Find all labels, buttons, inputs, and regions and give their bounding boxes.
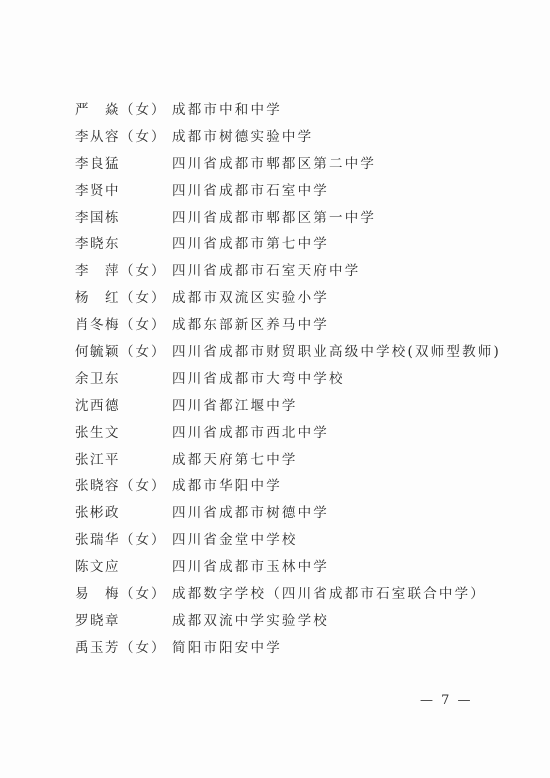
entry-name: 李国栋 bbox=[75, 205, 172, 232]
entry-school: 四川省成都市玉林中学 bbox=[172, 554, 329, 581]
roster-entry: 张晓容（女）成都市华阳中学 bbox=[75, 473, 535, 500]
name-text: 李晓东 bbox=[75, 236, 120, 252]
name-text: 李从容 bbox=[75, 129, 120, 145]
roster-entry: 张生文四川省成都市西北中学 bbox=[75, 420, 535, 447]
entry-school: 成都市中和中学 bbox=[172, 97, 282, 124]
gender-note: （女） bbox=[120, 640, 167, 656]
entry-school: 四川省成都市石室中学 bbox=[172, 178, 329, 205]
name-text: 何毓颖 bbox=[75, 344, 120, 360]
gender-note: （女） bbox=[120, 344, 167, 360]
roster-entry: 沈西德四川省都江堰中学 bbox=[75, 393, 535, 420]
roster-entry: 张江平成都天府第七中学 bbox=[75, 447, 535, 474]
entry-school: 成都东部新区养马中学 bbox=[172, 312, 329, 339]
name-text: 严 焱 bbox=[75, 102, 120, 118]
roster-entry: 张彬政四川省成都市树德中学 bbox=[75, 500, 535, 527]
roster-entry: 李国栋四川省成都市郫都区第一中学 bbox=[75, 205, 535, 232]
entry-name: 余卫东 bbox=[75, 366, 172, 393]
roster-entry: 肖冬梅（女）成都东部新区养马中学 bbox=[75, 312, 535, 339]
entry-name: 沈西德 bbox=[75, 393, 172, 420]
roster-entry: 易 梅（女）成都数字学校（四川省成都市石室联合中学） bbox=[75, 581, 535, 608]
name-text: 余卫东 bbox=[75, 371, 120, 387]
roster-entry: 余卫东四川省成都市大弯中学校 bbox=[75, 366, 535, 393]
entry-name: 陈文应 bbox=[75, 554, 172, 581]
entry-name: 张瑞华（女） bbox=[75, 527, 172, 554]
entry-name: 张晓容（女） bbox=[75, 473, 172, 500]
roster-entry: 张瑞华（女）四川省金堂中学校 bbox=[75, 527, 535, 554]
entry-school: 四川省金堂中学校 bbox=[172, 527, 298, 554]
entry-school: 成都市华阳中学 bbox=[172, 473, 282, 500]
roster-entry: 禹玉芳（女）简阳市阳安中学 bbox=[75, 635, 535, 662]
entry-name: 杨 红（女） bbox=[75, 285, 172, 312]
entry-name: 张江平 bbox=[75, 447, 172, 474]
roster-entry: 陈文应四川省成都市玉林中学 bbox=[75, 554, 535, 581]
gender-note: （女） bbox=[120, 586, 167, 602]
entry-school: 四川省成都市财贸职业高级中学校(双师型教师) bbox=[172, 339, 501, 366]
roster-entry: 李贤中四川省成都市石室中学 bbox=[75, 178, 535, 205]
entry-name: 张彬政 bbox=[75, 500, 172, 527]
gender-note: （女） bbox=[120, 290, 167, 306]
entry-school: 四川省成都市石室天府中学 bbox=[172, 258, 360, 285]
name-text: 李国栋 bbox=[75, 210, 120, 226]
entry-name: 李良猛 bbox=[75, 151, 172, 178]
entry-school: 四川省成都市西北中学 bbox=[172, 420, 329, 447]
name-text: 张江平 bbox=[75, 452, 120, 468]
name-text: 张彬政 bbox=[75, 505, 120, 521]
name-text: 李 萍 bbox=[75, 263, 120, 279]
roster-entry: 罗晓章成都双流中学实验学校 bbox=[75, 608, 535, 635]
entry-school: 简阳市阳安中学 bbox=[172, 635, 282, 662]
entry-school: 四川省成都市大弯中学校 bbox=[172, 366, 345, 393]
roster-entry: 李 萍（女）四川省成都市石室天府中学 bbox=[75, 258, 535, 285]
entry-school: 成都天府第七中学 bbox=[172, 447, 298, 474]
name-text: 李贤中 bbox=[75, 183, 120, 199]
entry-school: 四川省成都市树德中学 bbox=[172, 500, 329, 527]
entry-name: 禹玉芳（女） bbox=[75, 635, 172, 662]
entry-name: 李贤中 bbox=[75, 178, 172, 205]
roster-entry: 李从容（女）成都市树德实验中学 bbox=[75, 124, 535, 151]
entry-name: 严 焱（女） bbox=[75, 97, 172, 124]
page-number: — 7 — bbox=[420, 693, 473, 708]
entry-school: 成都市双流区实验小学 bbox=[172, 285, 329, 312]
entry-name: 罗晓章 bbox=[75, 608, 172, 635]
name-text: 沈西德 bbox=[75, 398, 120, 414]
gender-note: （女） bbox=[120, 102, 167, 118]
name-text: 杨 红 bbox=[75, 290, 120, 306]
entry-name: 李 萍（女） bbox=[75, 258, 172, 285]
entry-name: 易 梅（女） bbox=[75, 581, 172, 608]
entry-school: 四川省成都市第七中学 bbox=[172, 231, 329, 258]
name-text: 易 梅 bbox=[75, 586, 120, 602]
entry-name: 李晓东 bbox=[75, 231, 172, 258]
teacher-roster: 严 焱（女）成都市中和中学 李从容（女）成都市树德实验中学 李良猛四川省成都市郫… bbox=[75, 97, 535, 662]
entry-name: 肖冬梅（女） bbox=[75, 312, 172, 339]
entry-name: 李从容（女） bbox=[75, 124, 172, 151]
gender-note: （女） bbox=[120, 478, 167, 494]
gender-note: （女） bbox=[120, 532, 167, 548]
roster-entry: 严 焱（女）成都市中和中学 bbox=[75, 97, 535, 124]
name-text: 禹玉芳 bbox=[75, 640, 120, 656]
name-text: 陈文应 bbox=[75, 559, 120, 575]
gender-note: （女） bbox=[120, 317, 167, 333]
name-text: 张生文 bbox=[75, 425, 120, 441]
entry-school: 成都市树德实验中学 bbox=[172, 124, 313, 151]
name-text: 李良猛 bbox=[75, 156, 120, 172]
name-text: 肖冬梅 bbox=[75, 317, 120, 333]
entry-school: 成都双流中学实验学校 bbox=[172, 608, 329, 635]
entry-name: 张生文 bbox=[75, 420, 172, 447]
entry-name: 何毓颖（女） bbox=[75, 339, 172, 366]
entry-school: 四川省都江堰中学 bbox=[172, 393, 298, 420]
roster-entry: 杨 红（女）成都市双流区实验小学 bbox=[75, 285, 535, 312]
roster-entry: 何毓颖（女）四川省成都市财贸职业高级中学校(双师型教师) bbox=[75, 339, 535, 366]
roster-entry: 李晓东四川省成都市第七中学 bbox=[75, 231, 535, 258]
document-page: 严 焱（女）成都市中和中学 李从容（女）成都市树德实验中学 李良猛四川省成都市郫… bbox=[0, 0, 550, 778]
name-text: 张晓容 bbox=[75, 478, 120, 494]
name-text: 罗晓章 bbox=[75, 613, 120, 629]
roster-entry: 李良猛四川省成都市郫都区第二中学 bbox=[75, 151, 535, 178]
entry-school: 四川省成都市郫都区第一中学 bbox=[172, 205, 376, 232]
name-text: 张瑞华 bbox=[75, 532, 120, 548]
gender-note: （女） bbox=[120, 263, 167, 279]
entry-school: 成都数字学校（四川省成都市石室联合中学） bbox=[172, 581, 486, 608]
gender-note: （女） bbox=[120, 129, 167, 145]
entry-school: 四川省成都市郫都区第二中学 bbox=[172, 151, 376, 178]
